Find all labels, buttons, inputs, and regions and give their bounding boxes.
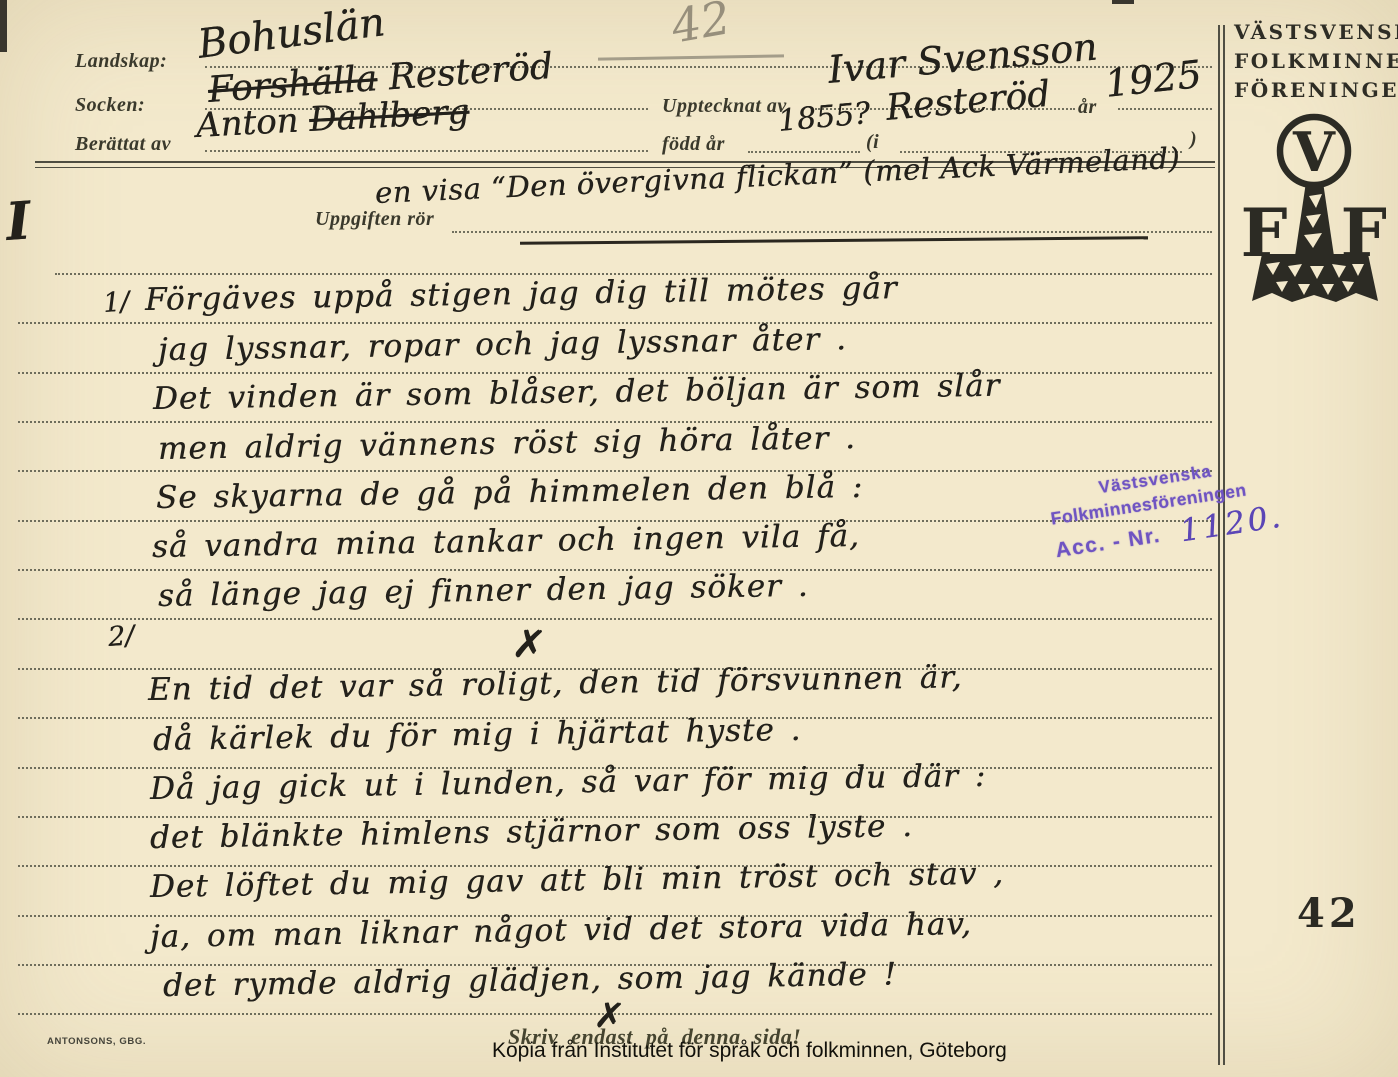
stamp-acc-label: Acc. - Nr. — [1054, 524, 1162, 563]
section-numeral: I — [4, 190, 33, 253]
verse-line: Det löftet du mig gav att bli min tröst … — [150, 856, 1004, 905]
uppgiften-post: (mel Ack Värmeland) — [853, 141, 1181, 189]
field-line — [748, 151, 860, 153]
svg-text:V: V — [1292, 120, 1336, 184]
informant-surname: Dahlberg — [308, 92, 470, 140]
verse-number: 2/ — [107, 620, 135, 653]
socken-value-current: Resteröd — [387, 46, 554, 98]
landskap-value: Bohuslän — [195, 0, 387, 68]
vff-logo: V F F — [1236, 104, 1386, 314]
field-line — [1118, 108, 1212, 110]
socken-label: Socken: — [75, 94, 145, 117]
verse-line: jag lyssnar, ropar och jag lyssnar åter … — [158, 321, 847, 368]
paren-close: ) — [1190, 128, 1197, 151]
scan-edge-mark — [0, 0, 7, 52]
pencil-number: 42 — [667, 0, 734, 54]
upptecknat-av-label: Upptecknat av — [662, 95, 787, 118]
svg-text:F: F — [1341, 194, 1386, 272]
verse-line: Se skyarna de gå på himmelen den blå : — [156, 469, 864, 516]
informant-first-name: Anton — [195, 100, 310, 146]
ar-value: 1925 — [1103, 52, 1204, 106]
verse-line: Förgäves uppå stigen jag dig till mötes … — [145, 270, 898, 318]
verse-line: En tid det var så roligt, den tid försvu… — [148, 659, 963, 708]
field-line — [205, 150, 648, 152]
org-name-line: VÄSTSVENSKA — [1234, 18, 1394, 47]
margin-divider — [1218, 25, 1225, 1065]
accession-stamp: Västsvenska Folkminnesföreningen Acc. - … — [1046, 442, 1355, 565]
fodd-ar-label: född år — [662, 133, 725, 156]
verse-line: Det vinden är som blåser, det böljan är … — [153, 368, 1001, 417]
scan-edge-mark — [1112, 0, 1134, 4]
svg-text:F: F — [1241, 194, 1288, 272]
verse-line: men aldrig vännens röst sig höra låter . — [158, 420, 856, 467]
song-title-underline — [520, 236, 1148, 244]
star-mark: ✗ — [510, 620, 548, 669]
record-card: Landskap: Socken: Berättat av Upptecknat… — [0, 0, 1398, 1077]
organization-name: VÄSTSVENSKA FOLKMINNES- FÖRENINGEN — [1234, 18, 1394, 105]
pencil-underline — [598, 54, 784, 60]
verse-line: så vandra mina tankar och ingen vila få, — [152, 518, 860, 565]
berattat-av-label: Berättat av — [75, 133, 171, 156]
verse-line: så länge jag ej finner den jag söker . — [158, 568, 809, 614]
verse-number: 1/ — [102, 286, 130, 319]
copy-notice: Kopia från Institutet för språk och folk… — [492, 1039, 1007, 1063]
org-name-line: FOLKMINNES- — [1234, 47, 1394, 76]
verse-line: Då jag gick ut i lunden, så var för mig … — [150, 758, 987, 807]
paren-open: (i — [866, 131, 879, 154]
ruled-line — [18, 421, 1212, 423]
uppgiften-ror-label: Uppgiften rör — [315, 208, 434, 231]
landskap-label: Landskap: — [75, 50, 167, 73]
uppgiften-pre: en visa — [374, 171, 491, 210]
ar-label: år — [1078, 96, 1097, 119]
ruled-line — [18, 618, 1212, 620]
verse-line: ja, om man liknar något vid det stora vi… — [150, 906, 972, 955]
thors-hammer-icon: V F F — [1236, 104, 1386, 309]
page-number-stamp: 42 — [1297, 890, 1361, 937]
field-line — [452, 231, 1212, 233]
printer-imprint: ANTONSONS, GBG. — [47, 1036, 146, 1047]
org-name-line: FÖRENINGEN — [1234, 76, 1394, 105]
fodd-ar-value: 1855? — [776, 96, 871, 139]
